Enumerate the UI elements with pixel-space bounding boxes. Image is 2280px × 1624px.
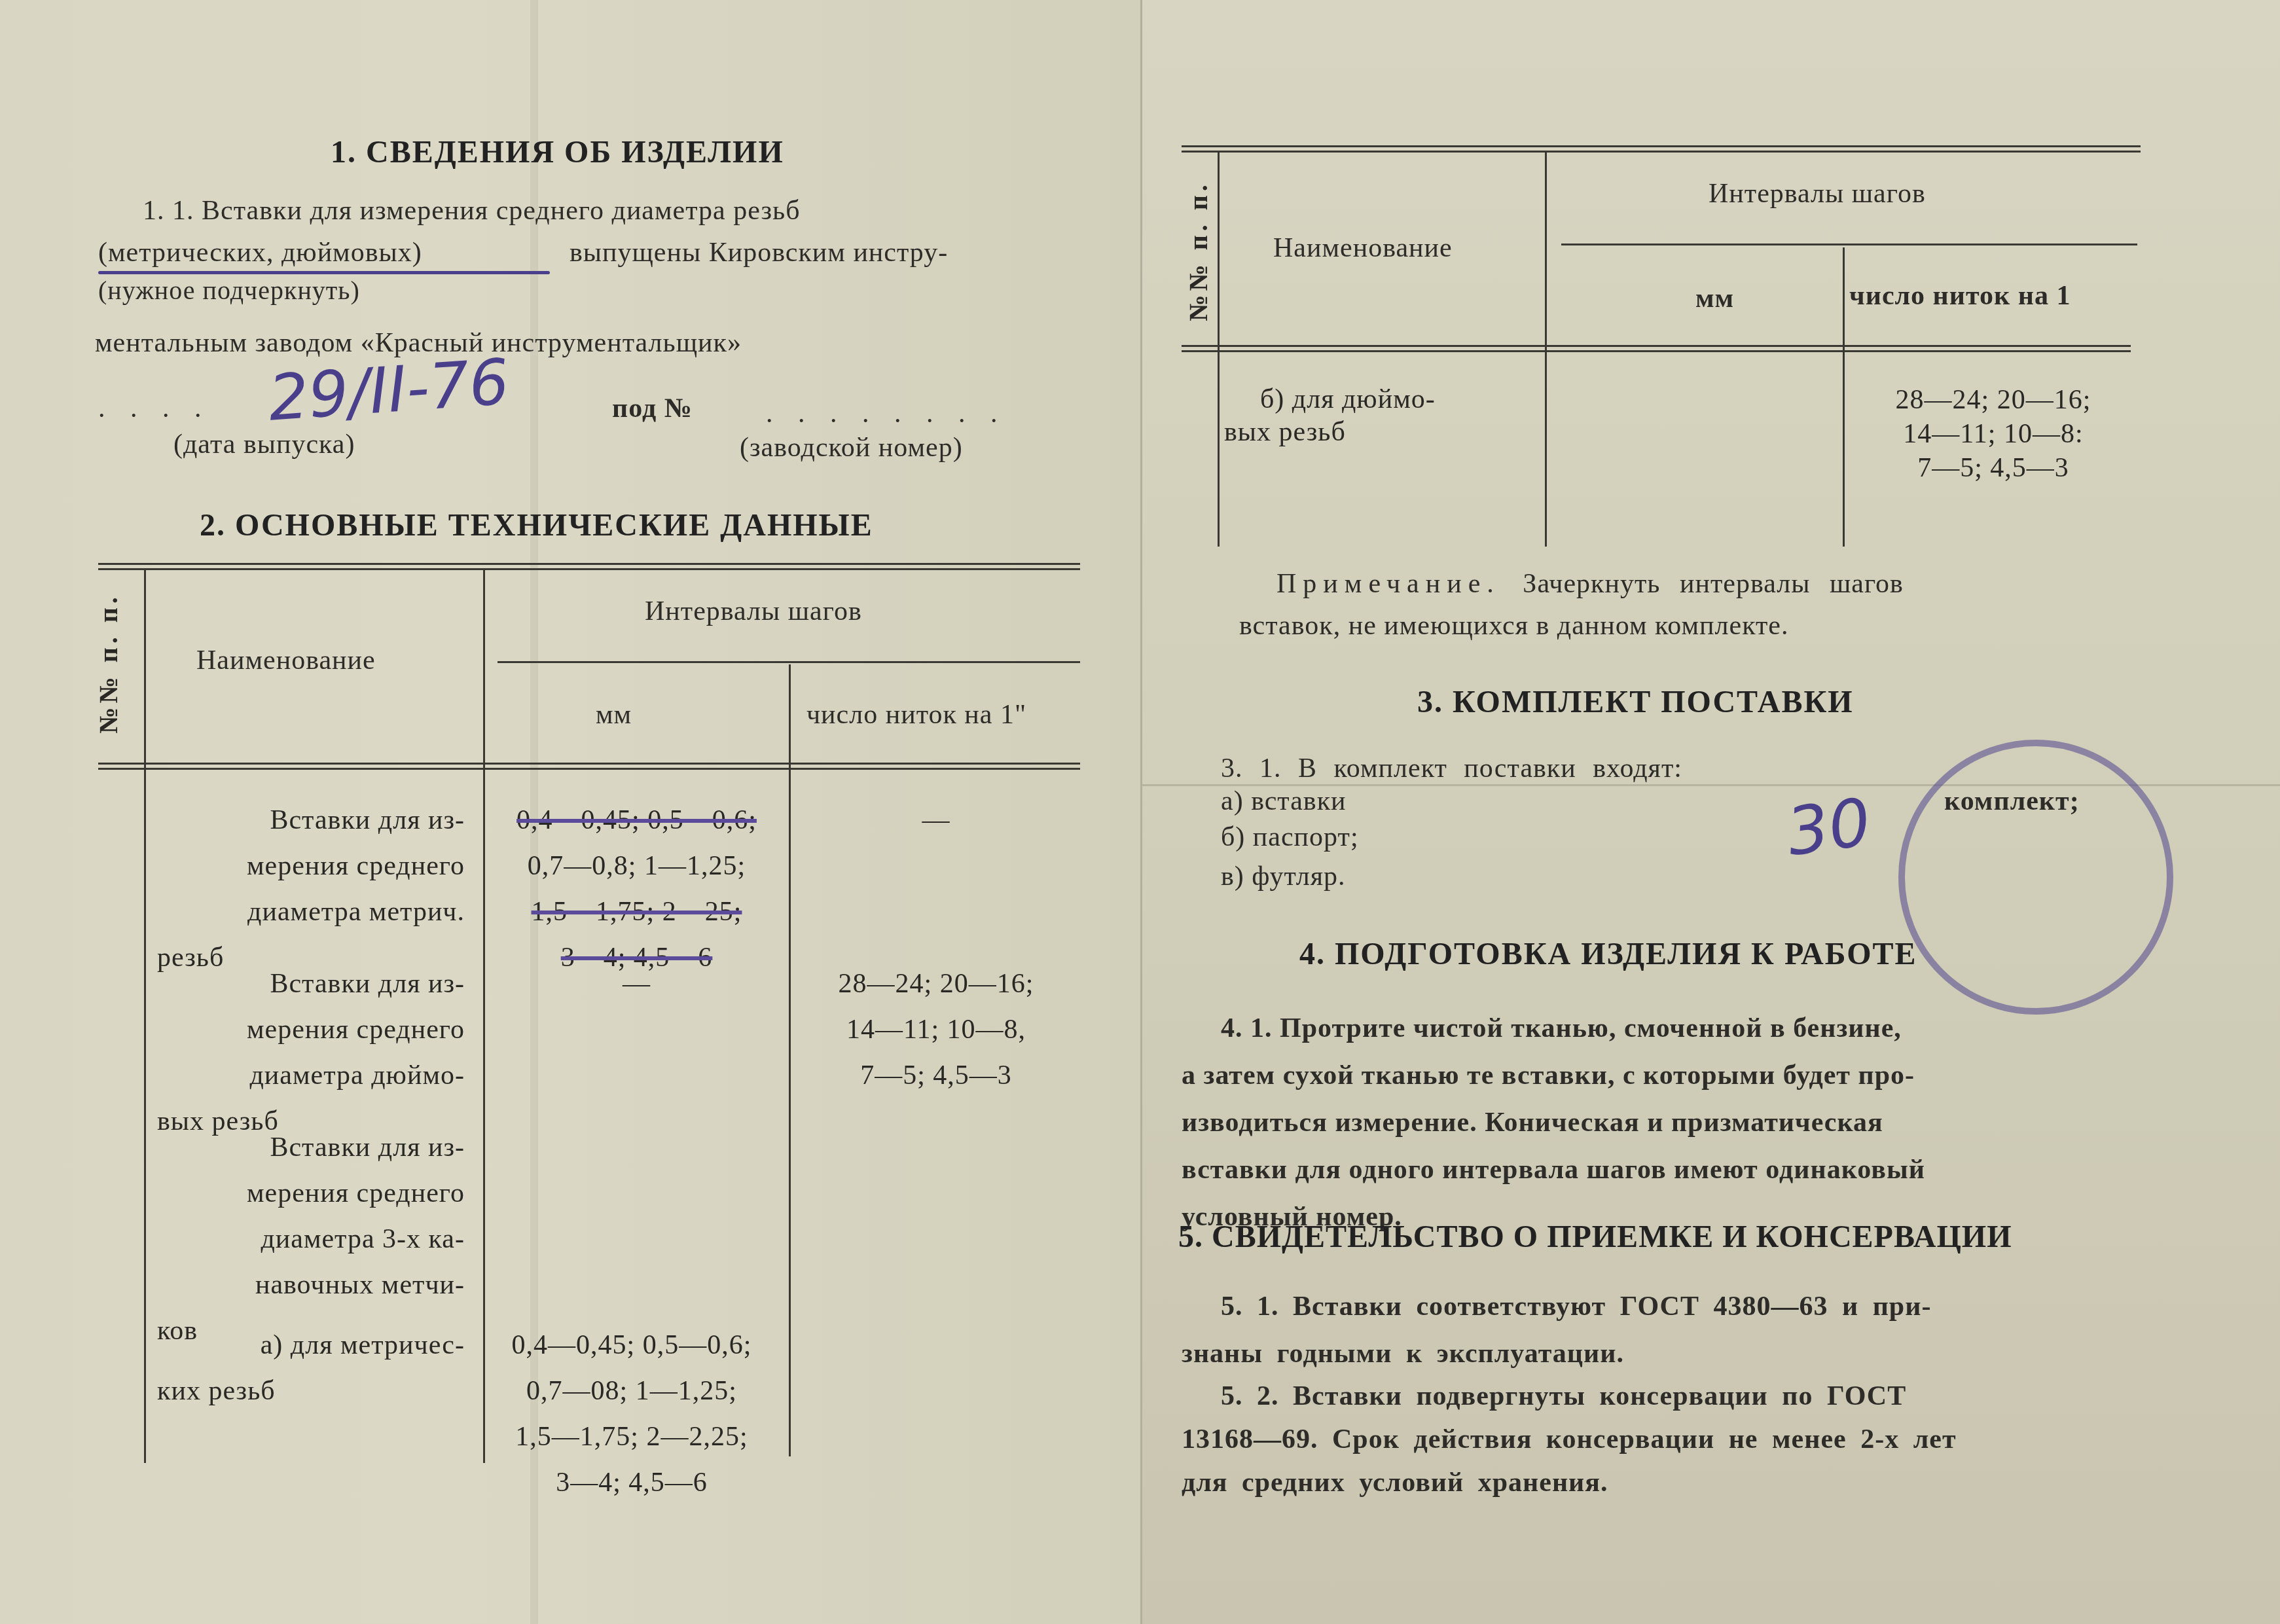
section3-heading: 3. КОМПЛЕКТ ПОСТАВКИ [1417,684,1854,720]
page-fold-divider [1140,0,1142,1624]
col-header-num: №№ п. п. [1183,134,1214,369]
table-row-3-name: Вставки для из- мерения среднего диаметр… [157,1125,465,1354]
thread-type-options: (метрических, дюймовых) [98,237,422,268]
inserts-count-handwritten[interactable]: 30 [1782,784,1875,871]
col-header-name: Наименование [1273,232,1453,264]
note: Примечание. Зачеркнуть интервалы шагов [1276,568,1904,600]
table-row-2-name: Вставки для из- мерения среднего диаметр… [157,961,465,1144]
section4-paragraph: 4. 1. Протрите чистой тканью, смоченной … [1182,1005,2144,1240]
col-header-num: №№ п. п. [93,546,124,782]
header-bottom-border [1182,345,2131,352]
serial-number-field[interactable]: . . . . . . . . [766,398,1007,429]
section5-p1: 5. 1. Вставки соответствуют ГОСТ 4380—63… [1182,1283,1931,1377]
col-header-mm: мм [1695,283,1734,314]
handwritten-underline [98,271,550,274]
table-row-2-tpi: 28—24; 20—16; 14—11; 10—8, 7—5; 4,5—3 [792,961,1080,1098]
col-divider [1843,247,1845,547]
table-row-b-name: б) для дюймо- вых резьб [1224,383,1525,448]
section3-intro: 3. 1. В комплект поставки входят: [1221,753,1682,784]
supply-item-case: в) футляр. [1221,861,1346,892]
supply-item-passport: б) паспорт; [1221,821,1359,853]
round-ink-stamp-icon [1898,740,2173,1015]
col-header-tpi: число ниток на 1 [1849,280,2071,312]
table-row-1-mm: 0,4—0,45; 0,5—0,6; 0,7—0,8; 1—1,25; 1,5—… [488,797,786,981]
table-row-4-name: а) для метричес- ких резьб [157,1322,465,1414]
table-row-1-tpi: — [792,797,1080,843]
table-row-4-mm: 0,4—0,45; 0,5—0,6; 0,7—08; 1—1,25; 1,5—1… [478,1322,786,1506]
note-text: Зачеркнуть интервалы шагов [1523,569,1904,599]
section1-p1-line2: выпущены Кировским инстру- [570,237,948,268]
section1-heading: 1. СВЕДЕНИЯ ОБ ИЗДЕЛИИ [331,134,784,170]
section5-heading: 5. СВИДЕТЕЛЬСТВО О ПРИЕМКЕ И КОНСЕРВАЦИИ [1178,1219,2012,1255]
table-row-2-mm: — [488,961,786,1007]
table-row-1-name: Вставки для из- мерения среднего диаметр… [157,797,465,981]
col-divider [789,664,791,1456]
supply-item-inserts: а) вставки [1221,785,1347,817]
serial-number-label: под № [612,393,693,424]
section4-heading: 4. ПОДГОТОВКА ИЗДЕЛИЯ К РАБОТЕ [1299,936,1917,972]
col-header-tpi: число ниток на 1" [806,699,1026,731]
underline-hint: (нужное подчеркнуть) [98,275,360,306]
serial-caption: (заводской номер) [740,432,963,463]
intervals-subheader-line [498,661,1080,663]
date-dots: . . . . [98,393,211,424]
section1-p1-line1: 1. 1. Вставки для измерения среднего диа… [143,195,801,226]
table-row-b-tpi: 28—24; 20—16; 14—11; 10—8: 7—5; 4,5—3 [1846,383,2141,485]
table-top-border [98,563,1080,570]
col-divider [144,569,146,1463]
note-label: Примечание. [1276,569,1500,599]
section5-p2: 5. 2. Вставки подвергнуты консервации по… [1182,1375,1957,1504]
col-header-intervals: Интервалы шагов [645,596,862,627]
col-header-intervals: Интервалы шагов [1709,178,1926,209]
table-top-border [1182,145,2141,153]
section2-heading: 2. ОСНОВНЫЕ ТЕХНИЧЕСКИЕ ДАННЫЕ [200,507,873,543]
intervals-subheader-line [1561,244,2137,245]
header-bottom-border [98,763,1080,770]
col-header-mm: мм [596,699,632,731]
col-header-name: Наименование [196,645,376,676]
date-caption: (дата выпуска) [173,429,355,460]
note-line2: вставок, не имеющихся в данном комплекте… [1239,610,1789,641]
